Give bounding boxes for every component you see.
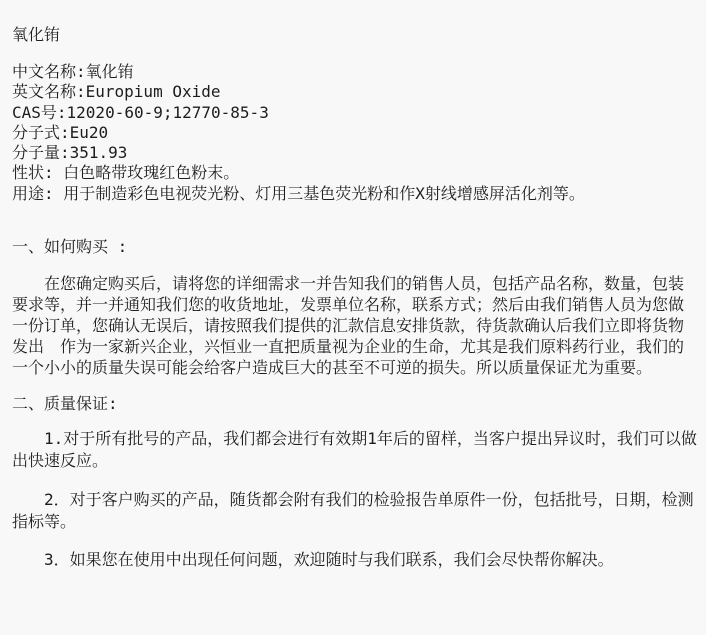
- how-to-buy-paragraph: 在您确定购买后，请将您的详细需求一并告知我们的销售人员，包括产品名称，数量，包装…: [12, 273, 698, 378]
- quality-item-2: 2．对于客户购买的产品，随货都会附有我们的检验报告单原件一份，包括批号，日期，检…: [12, 489, 698, 532]
- quality-item-3: 3．如果您在使用中出现任何问题，欢迎随时与我们联系，我们会尽快帮你解决。: [12, 549, 698, 571]
- quality-item-1: 1.对于所有批号的产品，我们都会进行有效期1年后的留样，当客户提出异议时，我们可…: [12, 428, 698, 471]
- property-molecular-formula: 分子式:Eu20: [12, 123, 698, 143]
- page-title: 氧化铕: [12, 24, 698, 45]
- property-molecular-weight: 分子量:351.93: [12, 143, 698, 163]
- property-usage: 用途: 用于制造彩色电视荧光粉、灯用三基色荧光粉和作X射线增感屏活化剂等。: [12, 184, 698, 204]
- property-appearance: 性状: 白色略带玫瑰红色粉末。: [12, 163, 698, 183]
- property-cas-number: CAS号:12020-60-9;12770-85-3: [12, 103, 698, 123]
- product-properties: 中文名称:氧化铕 英文名称:Europium Oxide CAS号:12020-…: [12, 62, 698, 204]
- property-english-name: 英文名称:Europium Oxide: [12, 82, 698, 102]
- property-chinese-name: 中文名称:氧化铕: [12, 62, 698, 82]
- product-document: 氧化铕 中文名称:氧化铕 英文名称:Europium Oxide CAS号:12…: [0, 0, 706, 571]
- section-heading-quality-guarantee: 二、质量保证:: [12, 393, 698, 414]
- section-heading-how-to-buy: 一、如何购买 :: [12, 236, 698, 257]
